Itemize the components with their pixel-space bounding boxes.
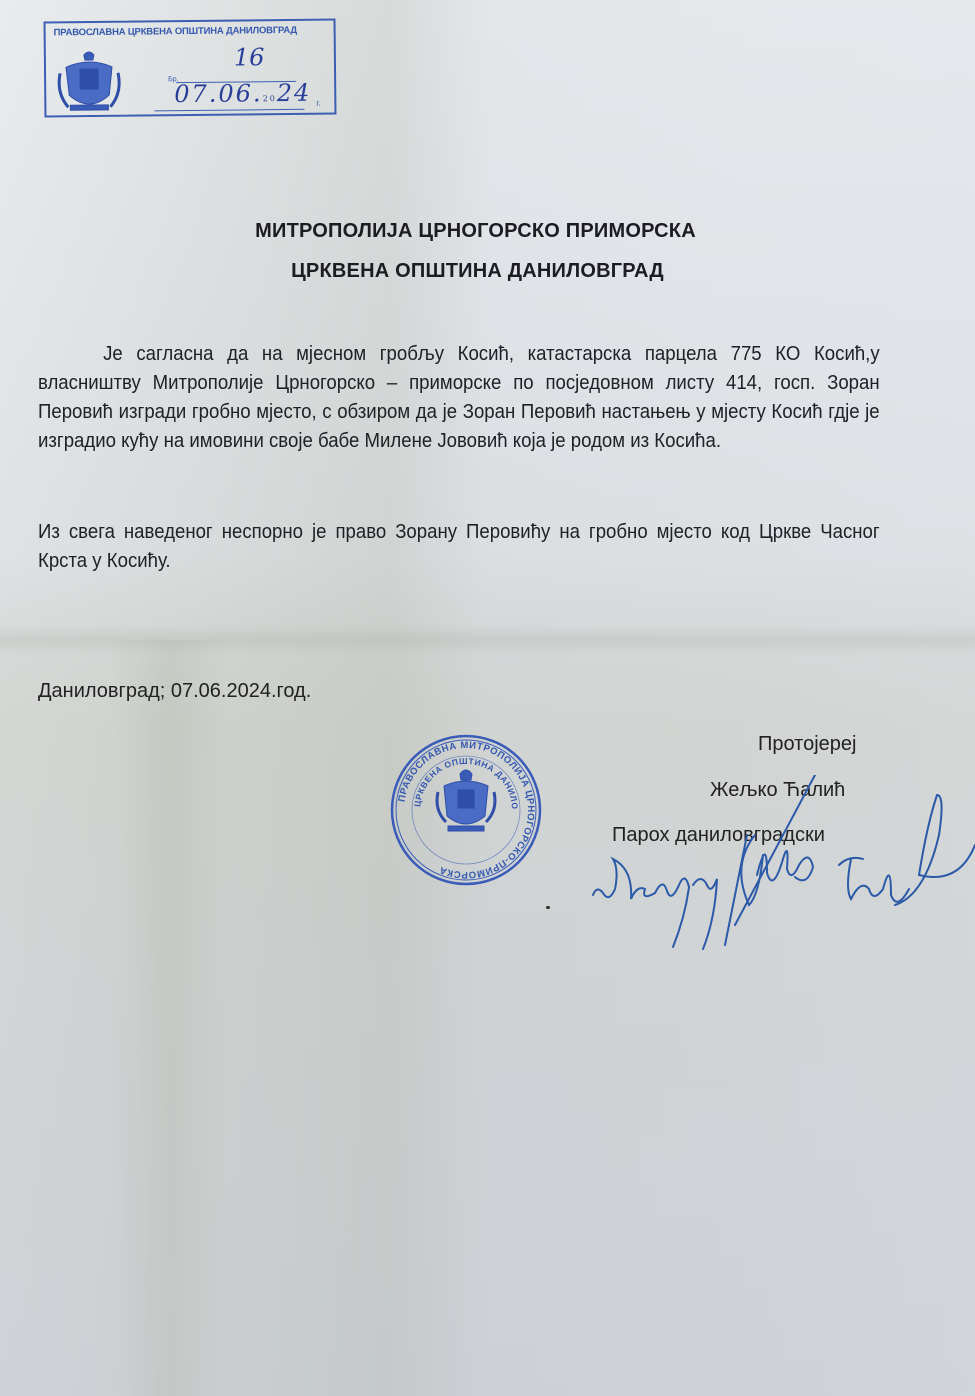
ink-dot — [546, 906, 550, 909]
paper-shading — [110, 640, 230, 1396]
registry-number: 16 — [234, 43, 265, 71]
coat-of-arms-icon — [56, 49, 123, 114]
year-suffix: г. — [316, 99, 320, 108]
stamp-line — [154, 109, 304, 112]
registry-date: 07.06.2024 — [174, 79, 311, 108]
stamp-organization: ПРАВОСЛАВНА ЦРКВЕНА ОПШТИНА ДАНИЛОВГРАД — [54, 25, 328, 39]
signatory-title: Протојереј — [758, 733, 857, 756]
document-header-metropolitanate: МИТРОПОЛИЈА ЦРНОГОРСКО ПРИМОРСКА — [0, 220, 963, 243]
body-paragraph: Је сагласна да на мјесном гробљу Косић, … — [38, 340, 880, 456]
round-seal: ПРАВОСЛАВНА МИТРОПОЛИЈА ЦРНОГОРСКО-ПРИМО… — [388, 730, 544, 890]
coat-of-arms-icon — [437, 770, 495, 831]
registry-stamp: ПРАВОСЛАВНА ЦРКВЕНА ОПШТИНА ДАНИЛОВГРАД … — [44, 18, 337, 117]
place-date-line: Даниловград; 07.06.2024.год. — [38, 680, 311, 703]
body-paragraph: Из свега наведеног неспорно је право Зор… — [38, 518, 880, 576]
document-header-parish: ЦРКВЕНА ОПШТИНА ДАНИЛОВГРАД — [0, 260, 965, 283]
handwritten-signature — [585, 775, 975, 965]
